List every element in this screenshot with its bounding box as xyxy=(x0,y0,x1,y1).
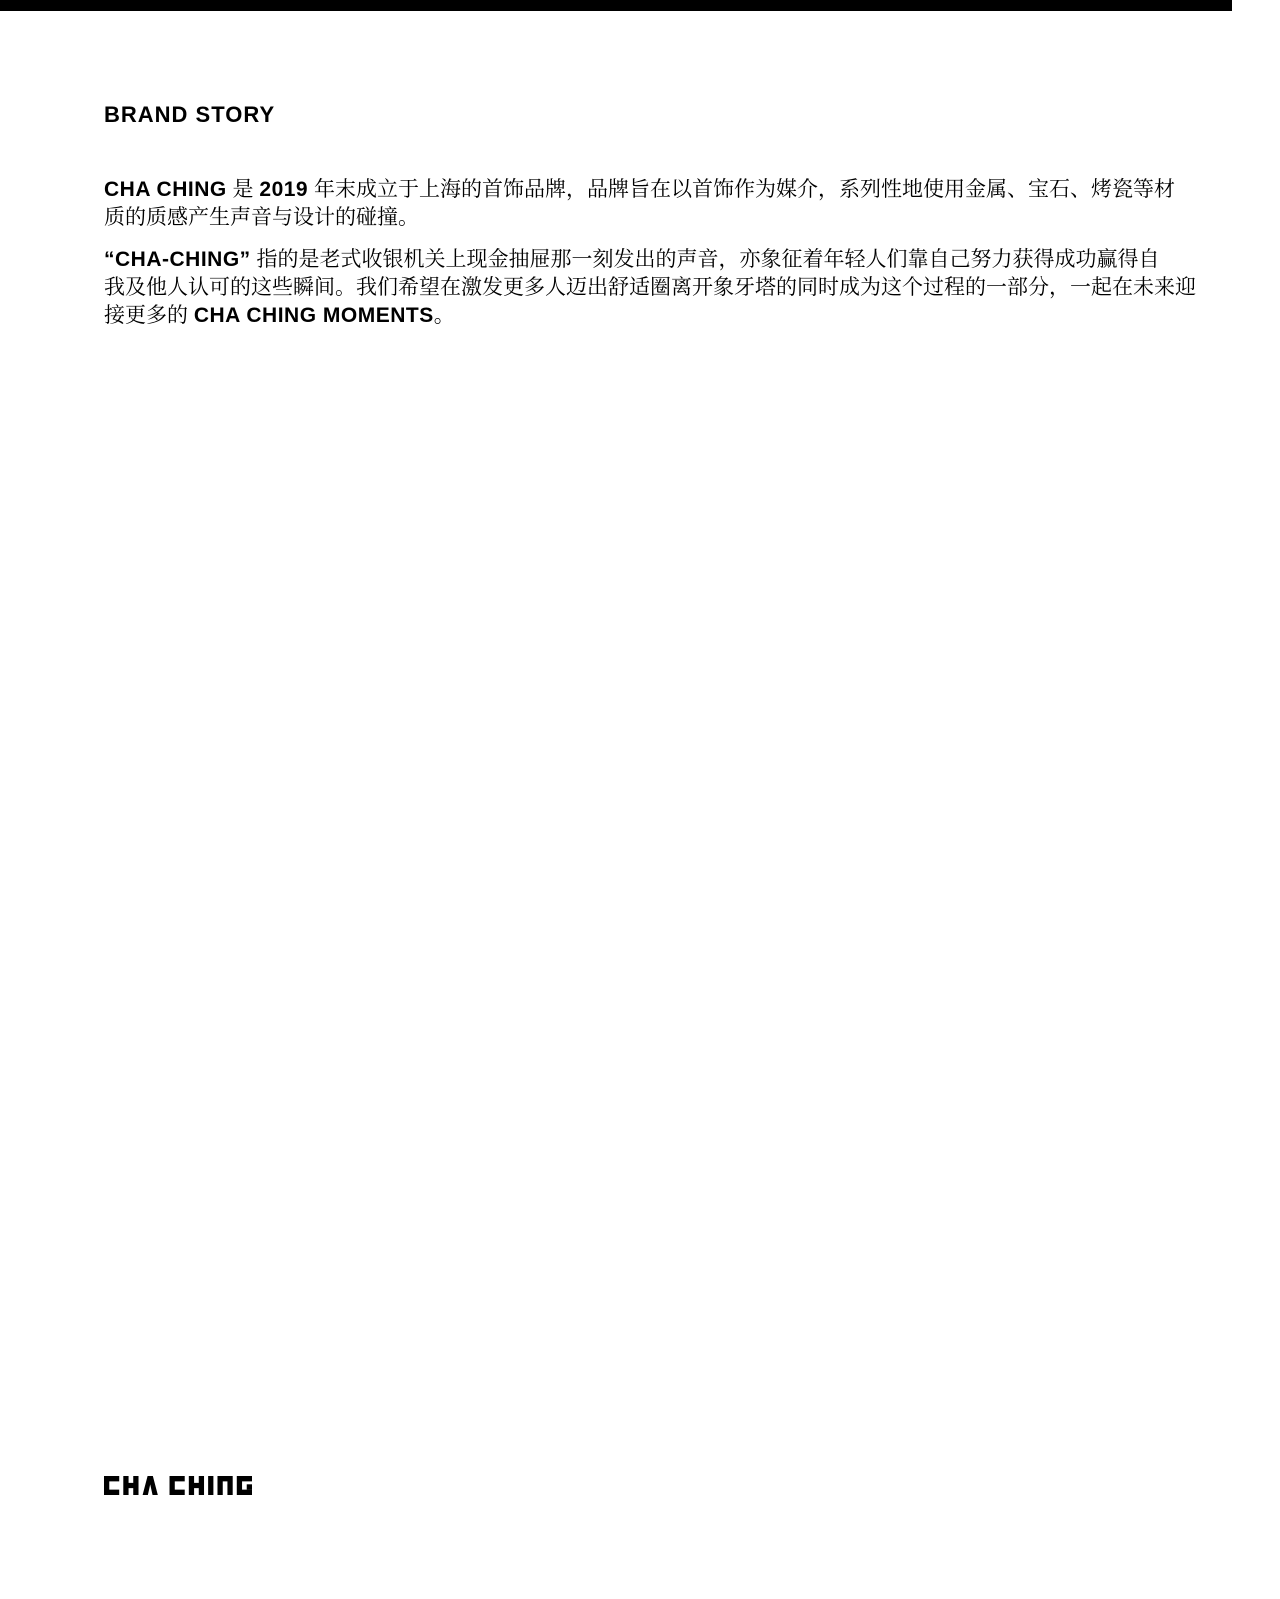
brand-name-text: 2019 xyxy=(259,178,308,201)
paragraph-1: CHA CHING 是 2019 年末成立于上海的首饰品牌，品牌旨在以首饰作为媒… xyxy=(104,176,1184,232)
body-text: CHA CHING 是 2019 年末成立于上海的首饰品牌，品牌旨在以首饰作为媒… xyxy=(104,176,1184,330)
paragraph-1-line-2: 质的质感产生声音与设计的碰撞。 xyxy=(104,204,1184,232)
brand-name-text: CHA CHING xyxy=(104,178,227,201)
brand-name-text: “CHA-CHING” xyxy=(104,248,251,271)
brand-story-page: BRAND STORY CHA CHING 是 2019 年末成立于上海的首饰品… xyxy=(0,0,1280,1599)
cha-ching-logo-svg xyxy=(104,1476,252,1495)
paragraph-1-line-1: CHA CHING 是 2019 年末成立于上海的首饰品牌，品牌旨在以首饰作为媒… xyxy=(104,176,1184,204)
brand-name-text: CHA CHING MOMENTS xyxy=(194,304,434,327)
body-text-segment: 是 xyxy=(227,178,260,201)
cha-ching-logo xyxy=(104,1476,252,1495)
paragraph-2-line-3: 接更多的 CHA CHING MOMENTS。 xyxy=(104,302,1184,330)
body-text-segment: 接更多的 xyxy=(104,304,194,327)
body-text-segment: 指的是老式收银机关上现金抽屉那一刻发出的声音，亦象征着年轻人们靠自己努力获得成功… xyxy=(251,248,1160,271)
body-text-segment: 质的质感产生声音与设计的碰撞。 xyxy=(104,206,419,229)
body-text-segment: 我及他人认可的这些瞬间。我们希望在激发更多人迈出舒适圈离开象牙塔的同时成为这个过… xyxy=(104,276,1196,299)
paragraph-2: “CHA-CHING” 指的是老式收银机关上现金抽屉那一刻发出的声音，亦象征着年… xyxy=(104,246,1184,330)
body-text-segment: 年末成立于上海的首饰品牌，品牌旨在以首饰作为媒介，系列性地使用金属、宝石、烤瓷等… xyxy=(308,178,1175,201)
top-rule-bar xyxy=(0,0,1232,11)
page-title: BRAND STORY xyxy=(104,104,275,126)
paragraph-2-line-1: “CHA-CHING” 指的是老式收银机关上现金抽屉那一刻发出的声音，亦象征着年… xyxy=(104,246,1184,274)
body-text-segment: 。 xyxy=(434,304,455,327)
paragraph-2-line-2: 我及他人认可的这些瞬间。我们希望在激发更多人迈出舒适圈离开象牙塔的同时成为这个过… xyxy=(104,274,1184,302)
